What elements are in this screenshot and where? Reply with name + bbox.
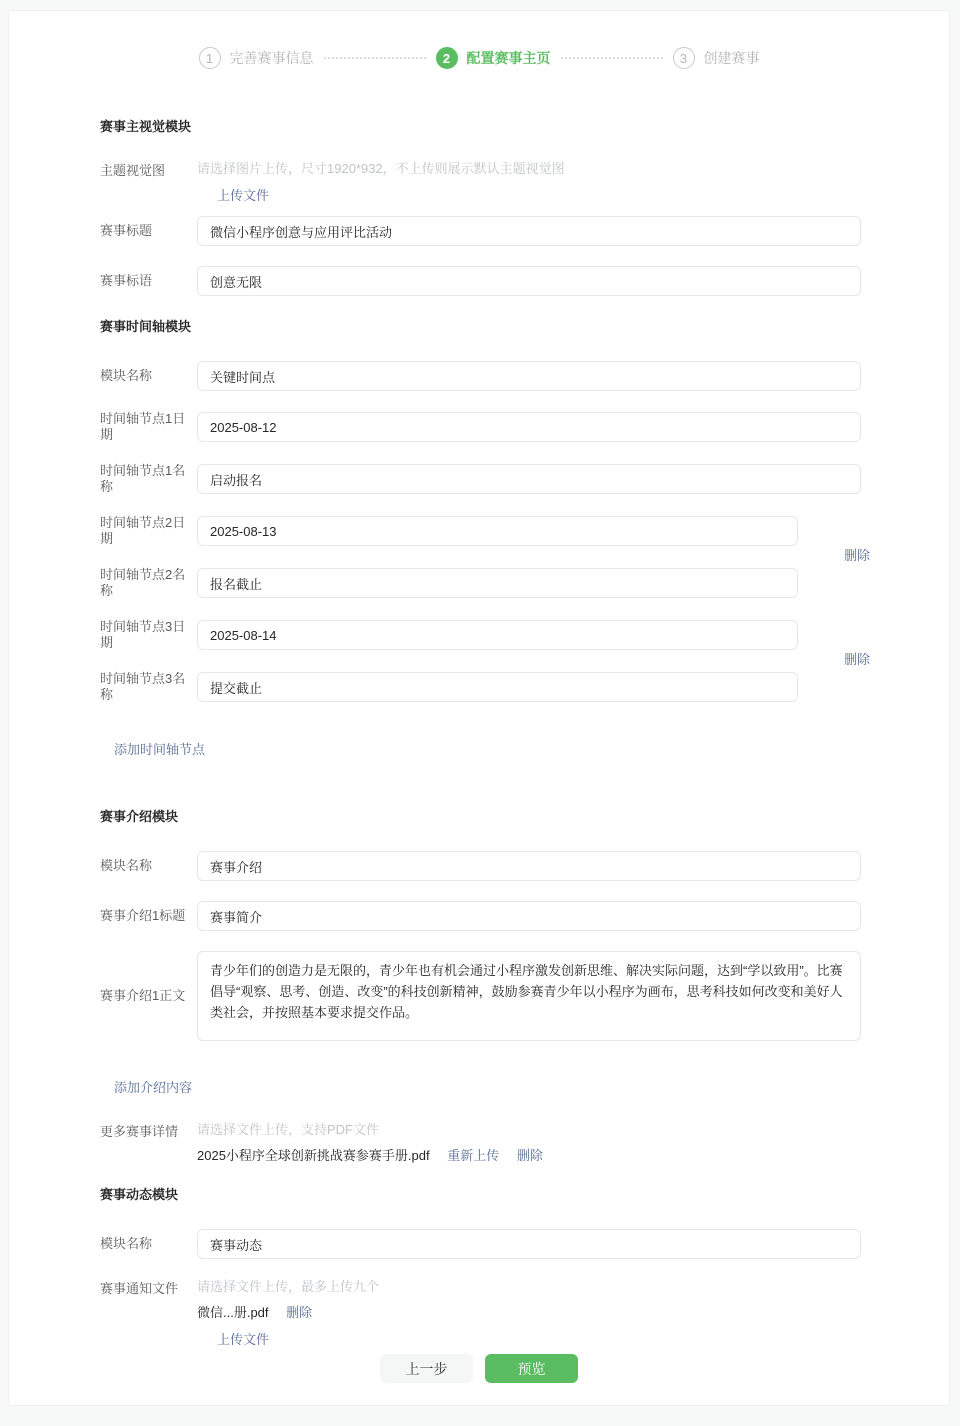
stepper-dots (324, 57, 426, 59)
pdf-file-name: 2025小程序全球创新挑战赛参赛手册.pdf (197, 1148, 430, 1163)
event-title-label: 赛事标题 (100, 223, 197, 239)
preview-button[interactable]: 预览 (485, 1354, 578, 1383)
theme-visual-upload-link[interactable]: 上传文件 (217, 185, 269, 204)
add-timeline-node-link[interactable]: 添加时间轴节点 (114, 739, 205, 758)
more-detail-label: 更多赛事详情 (100, 1122, 197, 1140)
node-1-name-row: 时间轴节点1名称 (100, 463, 949, 495)
section-title-main-visual: 赛事主视觉模块 (100, 116, 949, 135)
notice-files-row: 赛事通知文件 请选择文件上传，最多上传九个 微信...册.pdf 删除 上传文件 (100, 1279, 949, 1348)
stepper-dots (561, 57, 663, 59)
more-detail-row: 更多赛事详情 请选择文件上传，支持PDF文件 2025小程序全球创新挑战赛参赛手… (100, 1122, 949, 1164)
step-3-label: 创建赛事 (704, 48, 760, 68)
timeline-module-name-input[interactable] (197, 361, 861, 391)
intro-1-body-row: 赛事介绍1正文 青少年们的创造力是无限的，青少年也有机会通过小程序激发创新思维、… (100, 951, 949, 1041)
node-2-name-label: 时间轴节点2名称 (100, 567, 197, 599)
node-1-name-label: 时间轴节点1名称 (100, 463, 197, 495)
step-3-create-event: 3 创建赛事 (673, 47, 760, 69)
node-3-name-row: 时间轴节点3名称 (100, 671, 949, 703)
intro-module-name-label: 模块名称 (100, 858, 197, 874)
node-2-date-input[interactable] (197, 516, 798, 546)
notice-file-name: 微信...册.pdf (197, 1305, 269, 1320)
notice-file-line: 微信...册.pdf 删除 (197, 1305, 379, 1321)
theme-visual-placeholder: 请选择图片上传，尺寸1920*932，不上传则展示默认主题视觉图 (197, 161, 565, 177)
theme-visual-label: 主题视觉图 (100, 161, 197, 179)
notice-upload-link[interactable]: 上传文件 (217, 1329, 269, 1348)
notice-file-delete-link[interactable]: 删除 (286, 1305, 312, 1321)
node-1-date-input[interactable] (197, 412, 861, 442)
notice-files-label: 赛事通知文件 (100, 1279, 197, 1297)
node-3-delete-link[interactable]: 删除 (844, 649, 870, 668)
step-3-circle: 3 (673, 47, 695, 69)
timeline-node-2: 时间轴节点2日期 时间轴节点2名称 删除 (100, 515, 949, 599)
node-2-date-label: 时间轴节点2日期 (100, 515, 197, 547)
add-intro-content-link[interactable]: 添加介绍内容 (114, 1077, 192, 1096)
step-2-label: 配置赛事主页 (467, 48, 551, 68)
wizard-footer: 上一步 预览 (9, 1354, 949, 1383)
event-title-row: 赛事标题 (100, 216, 949, 246)
event-homepage-form: 赛事主视觉模块 主题视觉图 请选择图片上传，尺寸1920*932，不上传则展示默… (9, 69, 949, 1348)
reupload-link[interactable]: 重新上传 (447, 1148, 499, 1164)
event-slogan-input[interactable] (197, 266, 861, 296)
event-title-input[interactable] (197, 216, 861, 246)
event-slogan-row: 赛事标语 (100, 266, 949, 296)
section-title-intro: 赛事介绍模块 (100, 806, 949, 825)
node-3-name-input[interactable] (197, 672, 798, 702)
step-1-complete-info: 1 完善赛事信息 (199, 47, 314, 69)
timeline-module-name-label: 模块名称 (100, 368, 197, 384)
stepper: 1 完善赛事信息 2 配置赛事主页 3 创建赛事 (9, 11, 949, 69)
intro-1-title-input[interactable] (197, 901, 861, 931)
step-1-label: 完善赛事信息 (230, 48, 314, 68)
node-2-delete-link[interactable]: 删除 (844, 545, 870, 564)
step-2-circle: 2 (436, 47, 458, 69)
notice-files-placeholder: 请选择文件上传，最多上传九个 (197, 1279, 379, 1295)
timeline-module-name-row: 模块名称 (100, 361, 949, 391)
node-3-date-label: 时间轴节点3日期 (100, 619, 197, 651)
intro-module-name-row: 模块名称 (100, 851, 949, 881)
node-2-date-row: 时间轴节点2日期 (100, 515, 949, 547)
timeline-node-1: 时间轴节点1日期 时间轴节点1名称 (100, 411, 949, 495)
node-1-name-input[interactable] (197, 464, 861, 494)
node-3-date-row: 时间轴节点3日期 (100, 619, 949, 651)
news-module-name-label: 模块名称 (100, 1236, 197, 1252)
wizard-card: 1 完善赛事信息 2 配置赛事主页 3 创建赛事 赛事主视觉模块 主题视觉图 请… (8, 10, 950, 1406)
more-detail-placeholder: 请选择文件上传，支持PDF文件 (197, 1122, 543, 1138)
node-3-name-label: 时间轴节点3名称 (100, 671, 197, 703)
news-module-name-input[interactable] (197, 1229, 861, 1259)
intro-1-title-row: 赛事介绍1标题 (100, 901, 949, 931)
step-1-circle: 1 (199, 47, 221, 69)
intro-1-title-label: 赛事介绍1标题 (100, 908, 197, 924)
more-detail-file-line: 2025小程序全球创新挑战赛参赛手册.pdf 重新上传 删除 (197, 1148, 543, 1164)
section-title-timeline: 赛事时间轴模块 (100, 316, 949, 335)
theme-visual-row: 主题视觉图 请选择图片上传，尺寸1920*932，不上传则展示默认主题视觉图 上… (100, 161, 949, 204)
news-module-name-row: 模块名称 (100, 1229, 949, 1259)
more-detail-delete-link[interactable]: 删除 (517, 1148, 543, 1164)
node-2-name-row: 时间轴节点2名称 (100, 567, 949, 599)
node-1-date-row: 时间轴节点1日期 (100, 411, 949, 443)
event-slogan-label: 赛事标语 (100, 273, 197, 289)
intro-module-name-input[interactable] (197, 851, 861, 881)
section-title-news: 赛事动态模块 (100, 1184, 949, 1203)
node-1-date-label: 时间轴节点1日期 (100, 411, 197, 443)
node-2-name-input[interactable] (197, 568, 798, 598)
node-3-date-input[interactable] (197, 620, 798, 650)
timeline-node-3: 时间轴节点3日期 时间轴节点3名称 删除 (100, 619, 949, 703)
intro-1-body-label: 赛事介绍1正文 (100, 988, 197, 1004)
step-2-configure-homepage: 2 配置赛事主页 (436, 47, 551, 69)
previous-step-button[interactable]: 上一步 (380, 1354, 473, 1383)
intro-1-body-textarea[interactable]: 青少年们的创造力是无限的，青少年也有机会通过小程序激发创新思维、解决实际问题，达… (197, 951, 861, 1041)
